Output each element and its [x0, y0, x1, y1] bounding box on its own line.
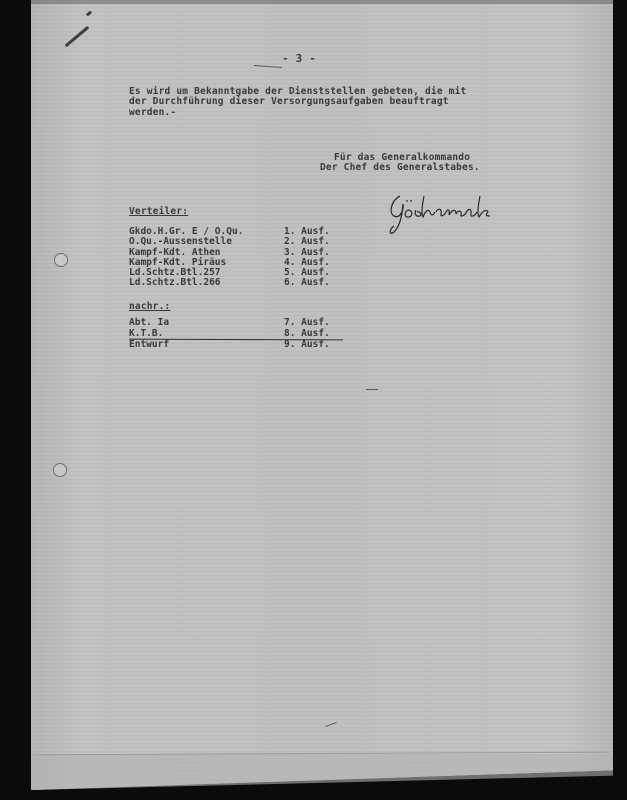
document-page	[31, 0, 613, 790]
closing-line-2: Der Chef des Generalstabes.	[320, 163, 480, 174]
distribution-heading: Verteiler:	[129, 207, 188, 218]
copy-number: 6. Ausf.	[284, 278, 330, 288]
copy-number: 7. Ausf.	[284, 317, 330, 328]
punch-hole-lower	[53, 463, 67, 477]
page-lower-fold-area	[31, 754, 613, 790]
distribution-list: Gkdo.H.Gr. E / O.Qu.1. Ausf. O.Qu.-Ausse…	[129, 227, 330, 289]
handwritten-signature: Gösbarck	[386, 186, 521, 238]
copy-number: 8. Ausf.	[284, 328, 330, 339]
table-row: Ld.Schtz.Btl.2666. Ausf.	[129, 278, 330, 288]
table-row: K.T.B.8. Ausf.	[129, 328, 330, 339]
recipient: Abt. Ia	[129, 317, 284, 328]
nachrichtlich-list: Abt. Ia7. Ausf. K.T.B.8. Ausf. Entwurf9.…	[129, 317, 330, 350]
pencil-mark	[366, 389, 378, 390]
recipient: Ld.Schtz.Btl.266	[129, 278, 284, 288]
copy-number: 9. Ausf.	[284, 339, 330, 350]
page-number: - 3 -	[282, 54, 316, 65]
intro-text-line: werden.-	[129, 108, 176, 119]
intro-text-line: der Durchführung dieser Versorgungsaufga…	[129, 97, 449, 108]
recipient: K.T.B.	[129, 328, 284, 339]
recipient: Entwurf	[129, 339, 284, 350]
page-top-edge	[31, 0, 613, 4]
nachrichtlich-heading: nachr.:	[129, 302, 170, 313]
table-row: Entwurf9. Ausf.	[129, 339, 330, 350]
table-row: Abt. Ia7. Ausf.	[129, 317, 330, 328]
punch-hole-upper	[54, 253, 68, 267]
